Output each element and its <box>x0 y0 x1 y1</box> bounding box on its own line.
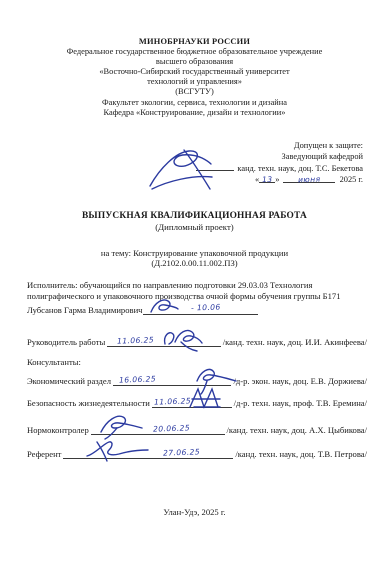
economic-credential: /д-р. экон. наук, доц. Е.В. Доржиева/ <box>231 376 367 386</box>
life-safety-credential: /д-р. техн. наук, проф. Т.В. Еремина/ <box>232 398 367 408</box>
work-title: ВЫПУСКНАЯ КВАЛИФИКАЦИОННАЯ РАБОТА <box>0 211 389 221</box>
theme-line: на тему: Конструирование упаковочной про… <box>0 248 389 258</box>
city-year-footer: Улан-Удэ, 2025 г. <box>0 507 389 517</box>
department-line: Кафедра «Конструирование, дизайн и техно… <box>0 108 389 118</box>
year-label: 2025 г. <box>340 175 363 184</box>
signature-blank <box>196 162 234 171</box>
org-abbr: (ВСГУТУ) <box>0 87 389 97</box>
supervisor-signature-ink <box>161 326 203 352</box>
supervisor-label: Руководитель работы <box>27 337 107 347</box>
norm-control-signature-line: 20.06.25 <box>91 422 225 435</box>
executor-handwritten-date: - 10.06 <box>190 302 220 314</box>
org-line-4: технологий и управления» <box>0 77 389 87</box>
work-subtitle: (Дипломный проект) <box>0 222 389 232</box>
economic-section-label: Экономический раздел <box>27 376 113 386</box>
reviewer-handwritten-date: 27.06.25 <box>163 447 200 457</box>
executor-line-2: полиграфического и упаковочного производ… <box>27 291 367 302</box>
supervisor-handwritten-date: 11.06.25 <box>117 335 154 345</box>
org-line-2: высшего образования <box>0 57 389 67</box>
norm-control-label: Нормоконтролер <box>27 425 91 435</box>
work-title-block: ВЫПУСКНАЯ КВАЛИФИКАЦИОННАЯ РАБОТА (Дипло… <box>0 211 389 232</box>
life-safety-row: Безопасность жизнедеятельности 11.06.25 … <box>27 395 367 408</box>
executor-signature-line: - 10.06 <box>143 302 258 315</box>
consultants-label: Консультанты: <box>27 357 81 367</box>
reviewer-signature-line: 27.06.25 <box>63 446 233 459</box>
quote-close: » <box>275 175 279 184</box>
supervisor-credential: /канд. техн. наук, доц. И.И. Акинфеева/ <box>221 337 367 347</box>
handwritten-month: июня <box>298 174 321 186</box>
document-code: (Д.2102.0.00.11.002.ПЗ) <box>0 258 389 268</box>
approval-line-1: Допущен к защите: <box>196 140 363 151</box>
org-line-3: «Восточно-Сибирский государственный унив… <box>0 67 389 77</box>
economic-signature-line: 16.06.25 <box>113 373 231 386</box>
thesis-title-page: МИНОБРНАУКИ РОССИИ Федеральное государст… <box>0 0 389 584</box>
reviewer-row: Референт 27.06.25 /канд. техн. наук, доц… <box>27 446 367 459</box>
economic-section-row: Экономический раздел 16.06.25 /д-р. экон… <box>27 373 367 386</box>
life-safety-signature-ink <box>188 387 222 409</box>
head-of-department-name: канд. техн. наук, доц. Т.С. Бекетова <box>237 164 363 173</box>
executor-name: Лубсанов Гарма Владимирович <box>27 305 143 316</box>
org-line-1: Федеральное государственное бюджетное об… <box>0 47 389 57</box>
executor-block: Исполнитель: обучающийся по направлению … <box>27 280 367 315</box>
reviewer-credential: /канд. техн. наук, доц. Т.В. Петрова/ <box>233 449 367 459</box>
norm-control-signature-ink <box>99 412 143 440</box>
life-safety-handwritten-date: 11.06.25 <box>154 396 191 406</box>
life-safety-label: Безопасность жизнедеятельности <box>27 398 152 408</box>
norm-control-handwritten-date: 20.06.25 <box>153 423 190 433</box>
approval-line-2: Заведующий кафедрой <box>196 151 363 162</box>
norm-control-row: Нормоконтролер 20.06.25 /канд. техн. нау… <box>27 422 367 435</box>
reviewer-label: Референт <box>27 449 63 459</box>
executor-signature-row: Лубсанов Гарма Владимирович - 10.06 <box>27 302 367 315</box>
norm-control-credential: /канд. техн. наук, доц. А.Х. Цыбикова/ <box>225 425 367 435</box>
executor-line-1: Исполнитель: обучающийся по направлению … <box>27 280 367 291</box>
life-safety-signature-line: 11.06.25 <box>152 395 232 408</box>
approval-block: Допущен к защите: Заведующий кафедрой ка… <box>196 140 363 185</box>
supervisor-signature-line: 11.06.25 <box>107 334 220 347</box>
faculty-line: Факультет экологии, сервиса, технологии … <box>0 98 389 108</box>
supervisor-row: Руководитель работы 11.06.25 /канд. техн… <box>27 334 367 347</box>
reviewer-signature-ink <box>85 438 149 462</box>
approval-date-line: «13» июня 2025 г. <box>196 174 363 185</box>
theme-block: на тему: Конструирование упаковочной про… <box>0 248 389 269</box>
economic-handwritten-date: 16.06.25 <box>119 374 156 384</box>
approval-line-3: канд. техн. наук, доц. Т.С. Бекетова <box>196 162 363 174</box>
university-header: МИНОБРНАУКИ РОССИИ Федеральное государст… <box>0 37 389 118</box>
handwritten-day: 13 <box>262 174 273 185</box>
economic-signature-ink <box>191 365 237 395</box>
ministry-line: МИНОБРНАУКИ РОССИИ <box>0 37 389 47</box>
